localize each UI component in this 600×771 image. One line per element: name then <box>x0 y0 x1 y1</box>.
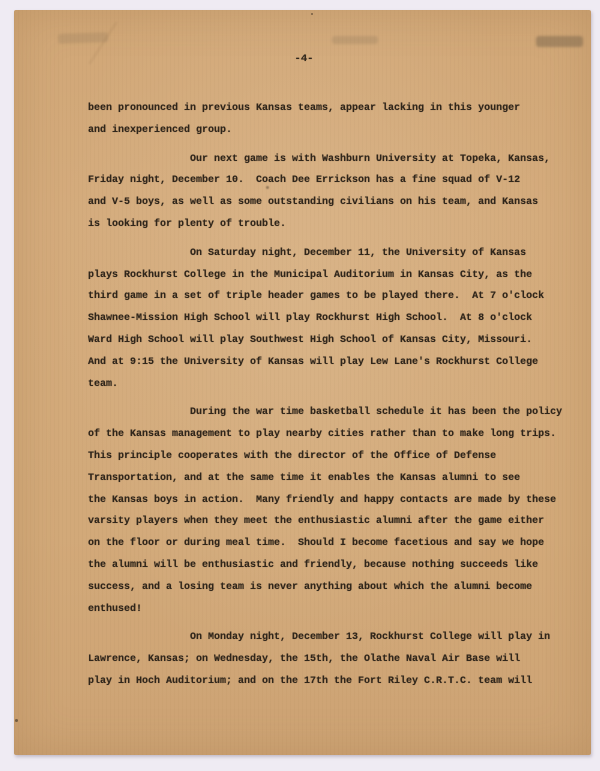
typed-line: Shawnee-Mission High School will play Ro… <box>88 308 580 330</box>
scan-background: -4- been pronounced in previous Kansas t… <box>0 0 600 771</box>
typed-line: enthused! <box>88 599 580 621</box>
typed-line: plays Rockhurst College in the Municipal… <box>88 265 580 287</box>
typed-line: Transportation, and at the same time it … <box>88 468 580 490</box>
typed-line: been pronounced in previous Kansas teams… <box>88 98 580 120</box>
paper-speck <box>311 13 313 15</box>
typed-line: And at 9:15 the University of Kansas wil… <box>88 352 580 374</box>
typed-line: is looking for plenty of trouble. <box>88 214 580 236</box>
typed-line: This principle cooperates with the direc… <box>88 446 580 468</box>
typed-line: on the floor or during meal time. Should… <box>88 533 580 555</box>
typed-line: the alumni will be enthusiastic and frie… <box>88 555 580 577</box>
ink-smudge <box>332 36 378 44</box>
typed-line: third game in a set of triple header gam… <box>88 286 580 308</box>
paper-crease <box>89 21 118 64</box>
typed-line: success, and a losing team is never anyt… <box>88 577 580 599</box>
typed-line: varsity players when they meet the enthu… <box>88 511 580 533</box>
typed-line: Ward High School will play Southwest Hig… <box>88 330 580 352</box>
paper-page: -4- been pronounced in previous Kansas t… <box>14 10 591 755</box>
typed-line: team. <box>88 374 580 396</box>
typed-line: and V-5 boys, as well as some outstandin… <box>88 192 580 214</box>
typed-line: Lawrence, Kansas; on Wednesday, the 15th… <box>88 649 580 671</box>
typed-line: and inexperienced group. <box>88 120 580 142</box>
typed-text-block: been pronounced in previous Kansas teams… <box>88 98 580 693</box>
typed-line: play in Hoch Auditorium; and on the 17th… <box>88 671 580 693</box>
typed-line: On Saturday night, December 11, the Univ… <box>88 243 580 265</box>
ink-smudge <box>58 32 108 44</box>
typed-line: On Monday night, December 13, Rockhurst … <box>88 627 580 649</box>
paper-speck <box>15 719 18 722</box>
ink-smudge <box>536 36 583 47</box>
typed-line: the Kansas boys in action. Many friendly… <box>88 490 580 512</box>
typed-line: of the Kansas management to play nearby … <box>88 424 580 446</box>
typed-line: Our next game is with Washburn Universit… <box>88 149 580 171</box>
typed-line: Friday night, December 10. Coach Dee Err… <box>88 170 580 192</box>
typed-line: During the war time basketball schedule … <box>88 402 580 424</box>
page-number: -4- <box>284 52 324 66</box>
